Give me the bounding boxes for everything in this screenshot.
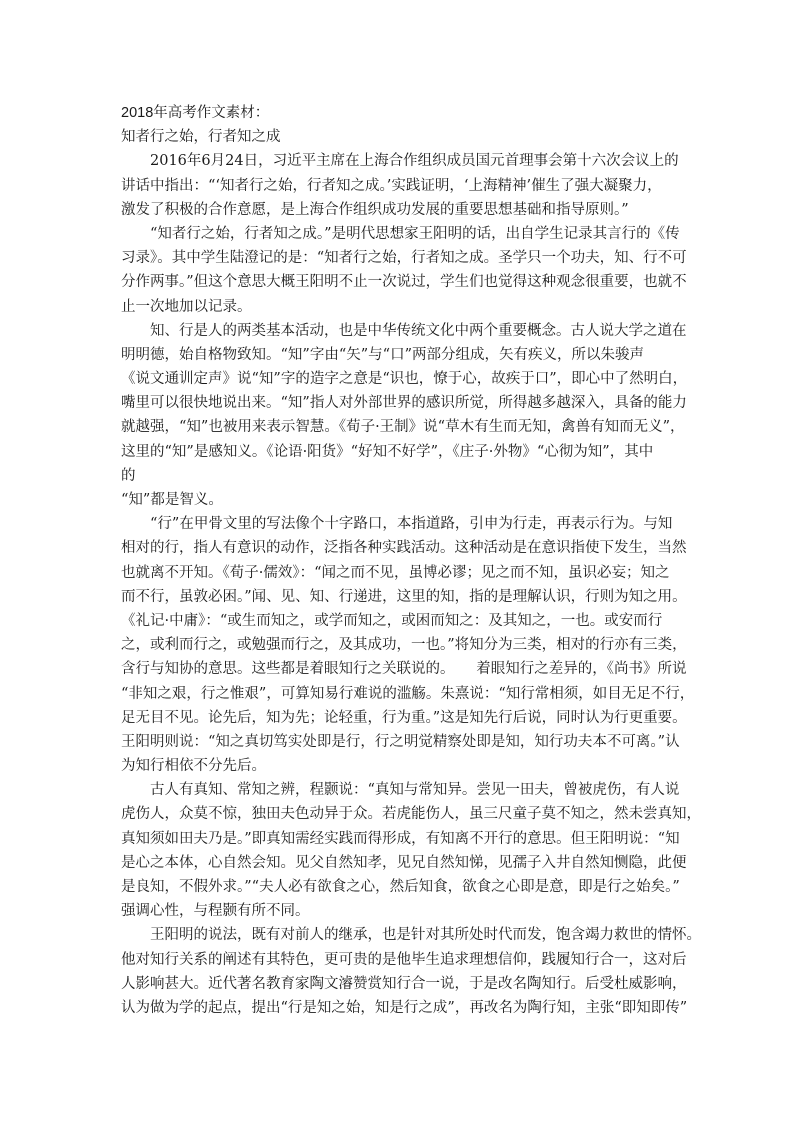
document-title: 2018年高考作文素材： xyxy=(121,101,686,125)
text-line: 分作两事。”但这个意思大概王阳明不止一次说过，学生们也觉得这种观念很重要，也就不 xyxy=(121,270,686,294)
text-line: 为知行相依不分先后。 xyxy=(121,754,686,778)
text-line: 相对的行，指人有意识的动作，泛指各种实践活动。这种活动是在意识指使下发生，当然 xyxy=(121,536,686,560)
text-line: “行”在甲骨文里的写法像个十字路口，本指道路，引申为行走，再表示行为。与知 xyxy=(121,512,686,536)
text-line: 王阳明则说：“知之真切笃实处即是行，行之明觉精察处即是知，知行功夫本不可离。”认 xyxy=(121,730,686,754)
text-line: 《礼记·中庸》：“或生而知之，或学而知之，或困而知之：及其知之，一也。或安而行 xyxy=(121,609,686,633)
text-line: 激发了积极的合作意愿，是上海合作组织成功发展的重要思想基础和指导原则。” xyxy=(121,198,686,222)
text-line: 强调心性，与程颢有所不同。 xyxy=(121,899,686,923)
text-line: 2016年6月24日，习近平主席在上海合作组织成员国元首理事会第十六次会议上的 xyxy=(121,149,686,173)
text-line: 古人有真知、常知之辨，程颢说：“真知与常知异。尝见一田夫，曾被虎伤，有人说 xyxy=(121,778,686,802)
text-line: “知”都是智义。 xyxy=(121,488,686,512)
text-line: 他对知行关系的阐述有其特色，更可贵的是他毕生追求理想信仰，践履知行合一，这对后 xyxy=(121,948,686,972)
text-line: 就越强，“知”也被用来表示智慧。《荀子·王制》说“草木有生而无知，禽兽有知而无义… xyxy=(121,415,686,439)
text-line: 讲话中指出：“‘知者行之始，行者知之成。’实践证明，‘上海精神’催生了强大凝聚力… xyxy=(121,174,686,198)
text-line: 含行与知协的意思。这些都是着眼知行之关联说的。 着眼知行之差异的，《尚书》所说 xyxy=(121,657,686,681)
text-line: “非知之艰，行之惟艰”，可算知易行难说的滥觞。朱熹说：“知行常相须，如目无足不行… xyxy=(121,682,686,706)
text-line: 《说文通训定声》说“知”字的造字之意是“识也，憭于心，故疾于口”，即心中了然明白… xyxy=(121,367,686,391)
text-line: 之，或利而行之，或勉强而行之，及其成功，一也。”将知分为三类，相对的行亦有三类， xyxy=(121,633,686,657)
text-line: 止一次地加以记录。 xyxy=(121,295,686,319)
text-line: 王阳明的说法，既有对前人的继承，也是针对其所处时代而发，饱含竭力救世的情怀。 xyxy=(121,923,686,947)
text-line: 明明德，始自格物致知。“知”字由“矢”与“口”两部分组成，矢有疾义，所以朱骏声 xyxy=(121,343,686,367)
text-line: 嘴里可以很快地说出来。“知”指人对外部世界的感识所觉，所得越多越深入，具备的能力 xyxy=(121,391,686,415)
text-line: 真知须如田夫乃是。”即真知需经实践而得形成，有知离不开行的意思。但王阳明说：“知 xyxy=(121,827,686,851)
text-line: 知、行是人的两类基本活动，也是中华传统文化中两个重要概念。古人说大学之道在 xyxy=(121,319,686,343)
text-line: 足无目不见。论先后，知为先；论轻重，行为重。”这是知先行后说，同时认为行更重要。 xyxy=(121,706,686,730)
text-line: 是心之本体，心自然会知。见父自然知孝，见兄自然知悌，见孺子入井自然知恻隐，此便 xyxy=(121,851,686,875)
text-line: 认为做为学的起点，提出“行是知之始，知是行之成”，再改名为陶行知，主张“即知即传… xyxy=(121,996,686,1020)
text-line: “知者行之始，行者知之成。”是明代思想家王阳明的话，出自学生记录其言行的《传 xyxy=(121,222,686,246)
text-line: 人影响甚大。近代著名教育家陶文濬赞赏知行合一说，于是改名陶知行。后受杜威影响， xyxy=(121,972,686,996)
document-subtitle: 知者行之始，行者知之成 xyxy=(121,125,686,149)
text-line: 虎伤人，众莫不惊，独田夫色动异于众。若虎能伤人，虽三尺童子莫不知之，然未尝真知， xyxy=(121,802,686,826)
text-line: 也就离不开知。《荀子·儒效》：“闻之而不见，虽博必谬；见之而不知，虽识必妄；知之 xyxy=(121,561,686,585)
text-line: 而不行，虽敦必困。”闻、见、知、行递进，这里的知，指的是理解认识，行则为知之用。 xyxy=(121,585,686,609)
text-line: 这里的“知”是感知义。《论语·阳货》“好知不好学”，《庄子·外物》“心彻为知”，… xyxy=(121,440,686,464)
text-line: 是良知，不假外求。”“夫人必有欲食之心，然后知食，欲食之心即是意，即是行之始矣。… xyxy=(121,875,686,899)
document-body: 2016年6月24日，习近平主席在上海合作组织成员国元首理事会第十六次会议上的讲… xyxy=(121,149,686,1020)
document-page: 2018年高考作文素材： 知者行之始，行者知之成 2016年6月24日，习近平主… xyxy=(121,101,686,1020)
text-line: 习录》。其中学生陆澄记的是：“知者行之始，行者知之成。圣学只一个功夫，知、行不可 xyxy=(121,246,686,270)
text-line: 的 xyxy=(121,464,686,488)
